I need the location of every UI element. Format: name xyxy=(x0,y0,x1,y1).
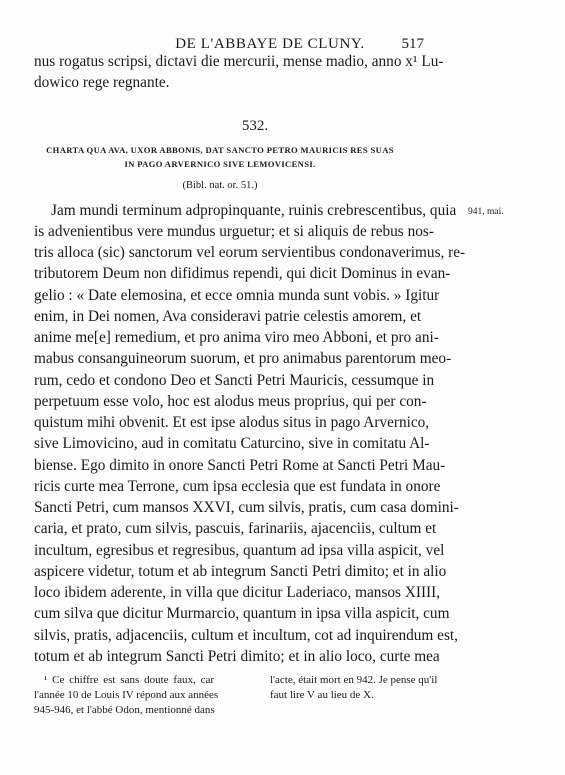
charter-text-line: tributorem Deum non difidimus rependi, q… xyxy=(34,264,402,284)
charter-text-line: is advenientibus vere mundus urguetur; e… xyxy=(34,222,402,242)
charter-text-line: silvis, pratis, adjacenciis, cultum et i… xyxy=(34,626,402,646)
charter-text-line: aspicere videtur, totum et ab integrum S… xyxy=(34,562,402,582)
footnote-line: faut lire V au lieu de X. xyxy=(270,688,402,703)
charter-number: 532. xyxy=(0,118,565,135)
previous-charter-line: nus rogatus scripsi, dictavi die mercuri… xyxy=(34,52,402,72)
charter-text-line: perpetuum esse volo, hoc est alodus meus… xyxy=(34,392,402,412)
charter-text-line: loco ibidem aderente, in villa que dicit… xyxy=(34,583,402,603)
charter-text-line: mabus consanguineorum suorum, et pro ani… xyxy=(34,349,402,369)
running-head-title: DE L'ABBAYE DE CLUNY. xyxy=(135,36,405,53)
previous-charter-line: dowico rege regnante. xyxy=(34,73,402,93)
charter-text-line: anime me[e] remedium, et pro anima viro … xyxy=(34,328,402,348)
charter-text-line: quistum mihi obvenit. Et est ipse alodus… xyxy=(34,413,402,433)
charter-title-line: CHARTA QUA AVA, UXOR ABBONIS, DAT SANCTO… xyxy=(40,145,400,155)
charter-text-line: totum et ab integrum Sancti Petri dimito… xyxy=(34,647,402,667)
charter-text-line: biense. Ego dimito in onore Sancti Petri… xyxy=(34,456,402,476)
charter-text-line: Jam mundi terminum adpropinquante, ruini… xyxy=(51,201,402,221)
charter-text-line: gelio : « Date elemosina, et ecce omnia … xyxy=(34,286,402,306)
footnote-line: 945-946, et l'abbé Odon, mentionné dans xyxy=(34,703,214,718)
charter-text-line: ricis curte mea Terrone, cum ipsa eccles… xyxy=(34,477,402,497)
footnote-line: l'acte, était mort en 942. Je pense qu'i… xyxy=(270,673,402,688)
manuscript-source: (Bibl. nat. or. 51.) xyxy=(40,180,400,191)
footnote-line: ¹ Ce chiffre est sans doute faux, car xyxy=(44,673,214,688)
charter-text-line: caria, et prato, cum silvis, pascuis, fa… xyxy=(34,519,402,539)
charter-text-line: Sancti Petri, cum mansos XXVI, cum silvi… xyxy=(34,498,402,518)
margin-date-note: 941, mai. xyxy=(468,207,504,217)
page-number: 517 xyxy=(384,36,424,53)
charter-text-line: tris alloca (sic) sanctorum vel eorum se… xyxy=(34,243,402,263)
charter-text-line: cum silva que dicitur Murmarcio, quantum… xyxy=(34,604,402,624)
book-page: DE L'ABBAYE DE CLUNY. 517 nus rogatus sc… xyxy=(0,0,565,775)
charter-title-line: IN PAGO ARVERNICO SIVE LEMOVICENSI. xyxy=(40,159,400,169)
charter-text-line: incultum, egresibus et regresibus, quant… xyxy=(34,541,402,561)
charter-number-text: 532. xyxy=(242,118,268,135)
footnote-line: l'année 10 de Louis IV répond aux années xyxy=(34,688,214,703)
charter-text-line: rum, cedo et condono Deo et Sancti Petri… xyxy=(34,371,402,391)
charter-text-line: enim, in Dei nomen, Ava consideravi patr… xyxy=(34,307,402,327)
charter-text-line: sive Limovicino, aud in comitatu Caturci… xyxy=(34,434,402,454)
